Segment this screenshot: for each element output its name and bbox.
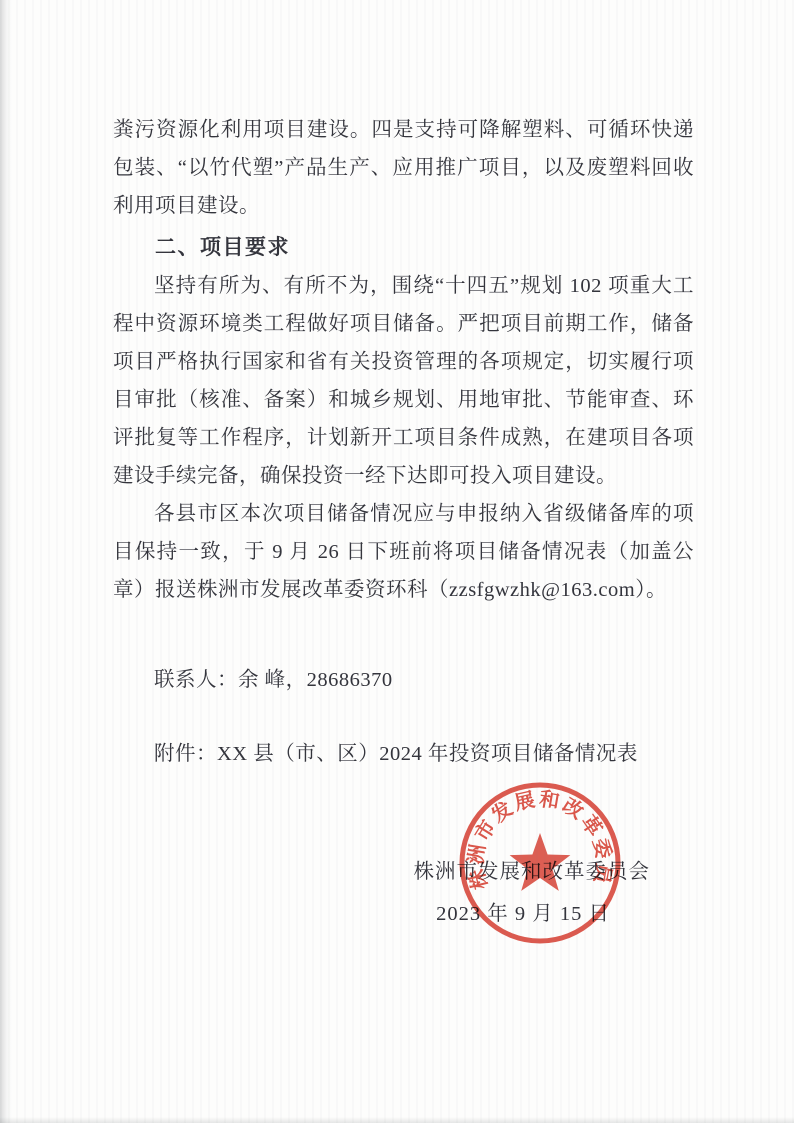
signature-date: 2023 年 9 月 15 日	[436, 895, 610, 933]
scan-edge-bottom	[0, 1117, 794, 1123]
paragraph-continuation: 粪污资源化利用项目建设。四是支持可降解塑料、可循环快递包装、“以竹代塑”产品生产…	[113, 111, 694, 225]
contact-line: 联系人：余 峰，28686370	[113, 661, 694, 699]
attachment-line: 附件：XX 县（市、区）2024 年投资项目储备情况表	[113, 735, 694, 773]
document-page: 粪污资源化利用项目建设。四是支持可降解塑料、可循环快递包装、“以竹代塑”产品生产…	[0, 0, 794, 1123]
signature-block: 株洲市发展和改革委员会 2023 年 9 月 15 日	[113, 853, 694, 933]
signature-org: 株洲市发展和改革委员会	[414, 853, 651, 891]
section-heading: 二、项目要求	[113, 229, 694, 267]
paragraph-submission: 各县市区本次项目储备情况应与申报纳入省级储备库的项目保持一致，于 9 月 26 …	[113, 495, 694, 609]
document-body: 粪污资源化利用项目建设。四是支持可降解塑料、可循环快递包装、“以竹代塑”产品生产…	[0, 0, 794, 933]
paragraph-requirements: 坚持有所为、有所不为，围绕“十四五”规划 102 项重大工程中资源环境类工程做好…	[113, 267, 694, 495]
